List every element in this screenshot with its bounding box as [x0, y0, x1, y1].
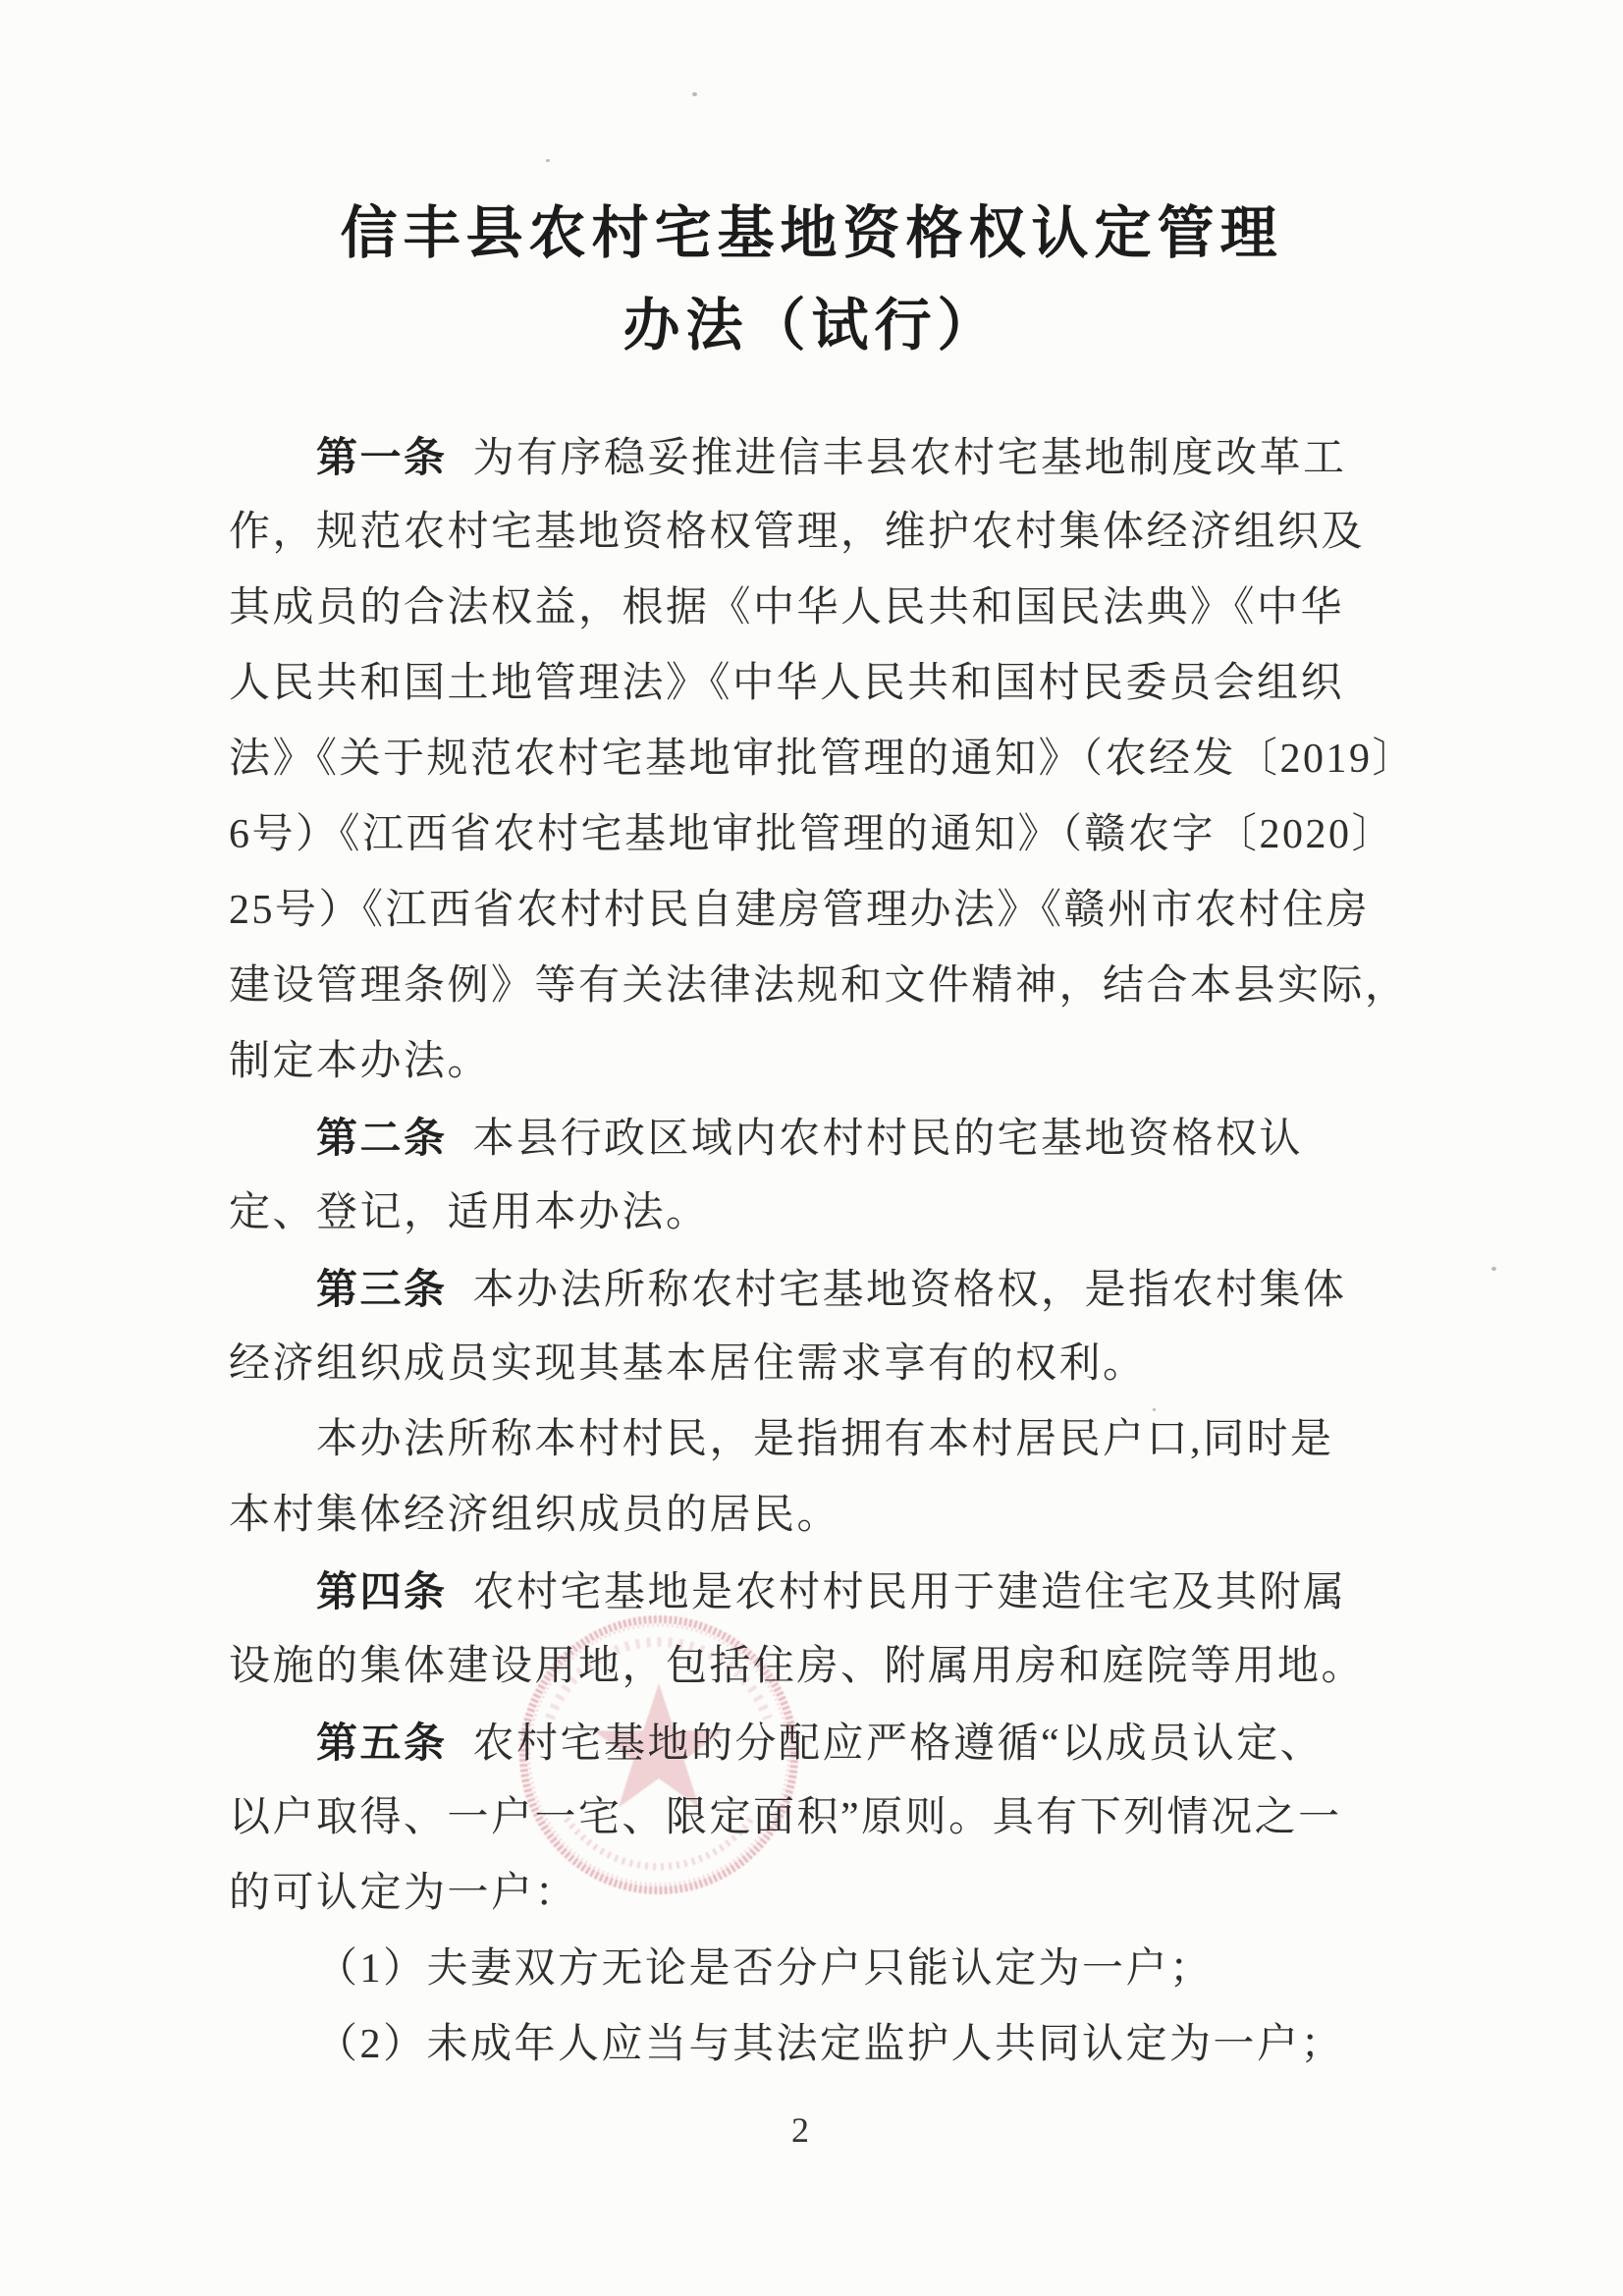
scan-speck	[546, 159, 550, 162]
scan-speck	[1491, 1267, 1496, 1271]
body-line: 本办法所称本村村民，是指拥有本村居民户口,同时是	[229, 1402, 1382, 1478]
scan-speck	[692, 92, 697, 96]
body-line-text: 本村集体经济组织成员的居民。	[229, 1493, 840, 1538]
body-line: 经济组织成员实现其基本居住需求享有的权利。	[229, 1327, 1382, 1402]
body-line: 制定本办法。	[229, 1024, 1382, 1100]
body-line-text: （1）夫妻双方无论是否分户只能认定为一户；	[316, 1946, 1214, 1992]
body-line: 其成员的合法权益，根据《中华人民共和国民法典》《中华	[229, 571, 1382, 646]
doc-title-line-2: 办法（试行）	[0, 291, 1623, 359]
article-number: 第二条	[316, 1114, 448, 1162]
body-line: 法》《关于规范农村宅基地审批管理的通知》（农经发〔2019〕	[229, 722, 1382, 797]
document-page: 信丰县农村宅基地资格权认定管理 办法（试行） 第一条为有序稳妥推进信丰县农村宅基…	[0, 0, 1623, 2296]
article-number: 第四条	[316, 1567, 448, 1615]
body-line-text: 农村宅基地的分配应严格遵循“以成员认定、	[473, 1722, 1325, 1767]
body-line: 人民共和国土地管理法》《中华人民共和国村民委员会组织	[229, 646, 1382, 722]
body-line-text: 人民共和国土地管理法》《中华人民共和国村民委员会组织	[229, 661, 1344, 706]
body-line-text: 的可认定为一户：	[229, 1871, 578, 1916]
article-number: 第一条	[316, 433, 448, 481]
body-line: 第二条本县行政区域内农村村民的宅基地资格权认	[229, 1100, 1382, 1175]
body-line: 作，规范农村宅基地资格权管理，维护农村集体经济组织及	[229, 495, 1382, 571]
document-body: 第一条为有序稳妥推进信丰县农村宅基地制度改革工作，规范农村宅基地资格权管理，维护…	[229, 419, 1382, 2083]
body-line-text: 本县行政区域内农村村民的宅基地资格权认	[473, 1117, 1304, 1162]
body-line-text: （2）未成年人应当与其法定监护人共同认定为一户；	[316, 2022, 1344, 2067]
body-line: 设施的集体建设用地，包括住房、附属用房和庭院等用地。	[229, 1629, 1382, 1705]
body-line-text: 本办法所称农村宅基地资格权，是指农村集体	[473, 1268, 1347, 1313]
page-number: 2	[0, 2109, 1600, 2151]
body-line-text: 为有序稳妥推进信丰县农村宅基地制度改革工	[473, 436, 1347, 481]
article-number: 第三条	[316, 1265, 448, 1313]
body-line-text: 设施的集体建设用地，包括住房、附属用房和庭院等用地。	[229, 1644, 1365, 1689]
body-line: 定、登记，适用本办法。	[229, 1175, 1382, 1251]
body-line-text: 作，规范农村宅基地资格权管理，维护农村集体经济组织及	[229, 510, 1365, 555]
scan-speck	[1153, 1408, 1156, 1411]
body-line: 第四条农村宅基地是农村村民用于建造住宅及其附属	[229, 1554, 1382, 1629]
body-line-text: 定、登记，适用本办法。	[229, 1190, 710, 1235]
body-line: 本村集体经济组织成员的居民。	[229, 1478, 1382, 1554]
body-line-text: 法》《关于规范农村宅基地审批管理的通知》（农经发〔2019〕	[229, 737, 1416, 782]
body-line: 第五条农村宅基地的分配应严格遵循“以成员认定、	[229, 1705, 1382, 1780]
doc-title-line-1: 信丰县农村宅基地资格权认定管理	[0, 198, 1623, 267]
body-line-text: 其成员的合法权益，根据《中华人民共和国民法典》《中华	[229, 585, 1344, 630]
body-line-text: 制定本办法。	[229, 1039, 491, 1084]
body-line-text: 6号）《江西省农村宅基地审批管理的通知》（赣农字〔2020〕	[229, 812, 1395, 857]
body-line: 第一条为有序稳妥推进信丰县农村宅基地制度改革工	[229, 419, 1382, 495]
body-line-text: 农村宅基地是农村村民用于建造住宅及其附属	[473, 1570, 1347, 1615]
body-line-text: 25号）《江西省农村村民自建房管理办法》《赣州市农村住房	[229, 888, 1370, 933]
body-line: 6号）《江西省农村宅基地审批管理的通知》（赣农字〔2020〕	[229, 797, 1382, 873]
body-line: （2）未成年人应当与其法定监护人共同认定为一户；	[229, 2007, 1382, 2083]
body-line-text: 本办法所称本村村民，是指拥有本村居民户口,同时是	[316, 1417, 1334, 1462]
body-line: 第三条本办法所称农村宅基地资格权，是指农村集体	[229, 1251, 1382, 1327]
body-line: 25号）《江西省农村村民自建房管理办法》《赣州市农村住房	[229, 873, 1382, 949]
article-number: 第五条	[316, 1719, 448, 1767]
body-line: （1）夫妻双方无论是否分户只能认定为一户；	[229, 1932, 1382, 2007]
body-line-text: 经济组织成员实现其基本居住需求享有的权利。	[229, 1341, 1147, 1387]
body-line-text: 以户取得、一户一宅、限定面积”原则。具有下列情况之一	[229, 1795, 1342, 1840]
body-line: 以户取得、一户一宅、限定面积”原则。具有下列情况之一	[229, 1780, 1382, 1856]
body-line: 建设管理条例》等有关法律法规和文件精神，结合本县实际，	[229, 949, 1382, 1024]
body-line: 的可认定为一户：	[229, 1856, 1382, 1932]
body-line-text: 建设管理条例》等有关法律法规和文件精神，结合本县实际，	[229, 963, 1409, 1009]
